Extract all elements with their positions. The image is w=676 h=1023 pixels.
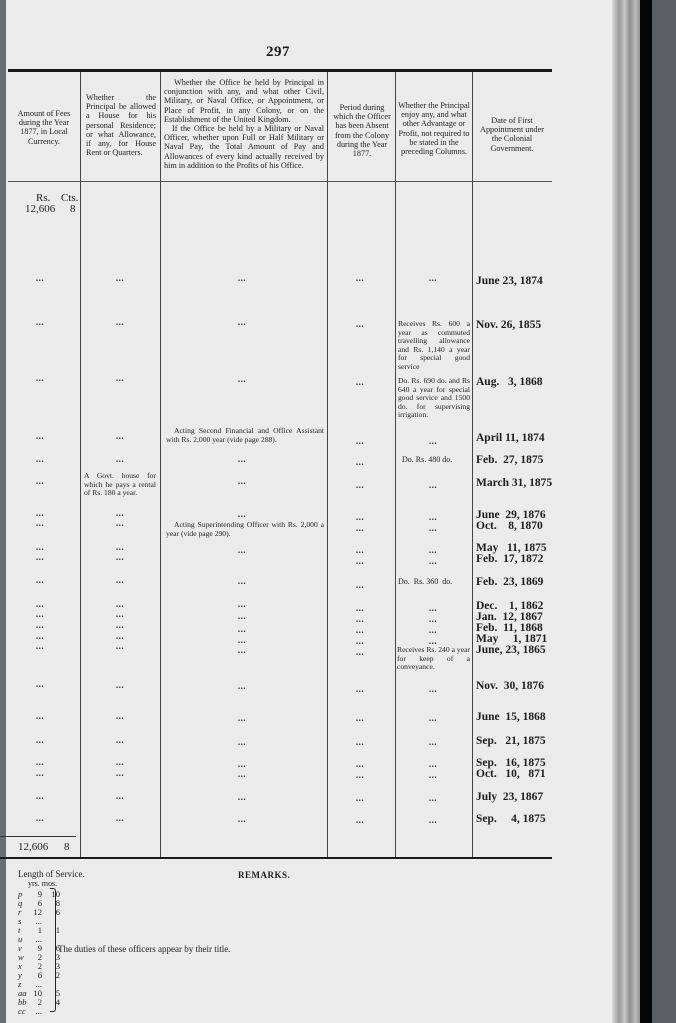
fees-cell: ... <box>36 432 44 441</box>
fees-cell: ... <box>36 374 44 383</box>
fees-total-rs: 12,606 <box>18 841 48 853</box>
office-cell: ... <box>238 738 246 747</box>
header-absent: Period during which the Officer has been… <box>331 103 393 158</box>
appointment-date: July 23, 1867 <box>476 791 543 803</box>
advantage-cell: ... <box>429 626 437 635</box>
office-cell: ... <box>238 318 246 327</box>
advantage-cell: ... <box>429 760 437 769</box>
fees-cell: ... <box>36 318 44 327</box>
appointment-date: April 11, 1874 <box>476 432 545 444</box>
office-cell: ... <box>238 770 246 779</box>
column-divider <box>472 72 473 857</box>
office-cell: ... <box>238 760 246 769</box>
absent-cell: ... <box>356 481 364 490</box>
absent-cell: ... <box>356 557 364 566</box>
length-of-service-subheader: yrs. mos. <box>28 879 57 888</box>
house-cell: ... <box>116 600 124 609</box>
house-cell: ... <box>116 792 124 801</box>
advantage-cell: ... <box>429 794 437 803</box>
appointment-date: Sep. 4, 1875 <box>476 813 546 825</box>
house-cell: ... <box>116 769 124 778</box>
house-cell: ... <box>116 610 124 619</box>
fees-cell: ... <box>36 814 44 823</box>
appointment-date: Aug. 3, 1868 <box>476 376 542 388</box>
office-cell: ... <box>238 636 246 645</box>
house-cell: ... <box>116 374 124 383</box>
house-cell: ... <box>116 519 124 528</box>
house-cell: ... <box>116 576 124 585</box>
fees-cell: ... <box>36 543 44 552</box>
house-cell: ... <box>116 621 124 630</box>
advantage-cell: ... <box>429 513 437 522</box>
absent-cell: ... <box>356 581 364 590</box>
house-note: A Govt. house for which he pays a rental… <box>84 472 156 498</box>
advantage-cell: ... <box>429 524 437 533</box>
column-divider <box>80 72 81 857</box>
house-cell: ... <box>116 543 124 552</box>
viewer-background <box>652 0 676 1023</box>
office-cell: ... <box>238 600 246 609</box>
office-cell: ... <box>238 510 246 519</box>
fees-cell: ... <box>36 736 44 745</box>
office-cell: ... <box>238 577 246 586</box>
house-cell: ... <box>116 736 124 745</box>
absent-cell: ... <box>356 615 364 624</box>
fees-cell: ... <box>36 632 44 641</box>
advantage-cell: ... <box>429 615 437 624</box>
fees-amount-rs: 12,606 <box>25 203 55 215</box>
appointment-date: Feb. 17, 1872 <box>476 553 543 565</box>
house-cell: ... <box>116 681 124 690</box>
house-cell: ... <box>116 712 124 721</box>
office-cell: ... <box>238 612 246 621</box>
fees-cell: ... <box>36 477 44 486</box>
house-cell: ... <box>116 455 124 464</box>
fees-cell: ... <box>36 576 44 585</box>
fees-cell: ... <box>36 274 44 283</box>
fees-cell: ... <box>36 712 44 721</box>
house-cell: ... <box>116 632 124 641</box>
fees-amount-cts: 8 <box>70 203 76 215</box>
column-divider <box>327 72 328 857</box>
house-cell: ... <box>116 318 124 327</box>
office-cell: ... <box>238 682 246 691</box>
absent-cell: ... <box>356 524 364 533</box>
appointment-date: March 31, 1875 <box>476 477 552 489</box>
house-cell: ... <box>116 509 124 518</box>
table-bottom-rule <box>0 857 552 859</box>
advantage-cell: ... <box>429 481 437 490</box>
office-cell: ... <box>238 477 246 486</box>
advantage-cell: ... <box>429 714 437 723</box>
appointment-date: June 15, 1868 <box>476 711 546 723</box>
absent-cell: ... <box>356 458 364 467</box>
absent-cell: ... <box>356 771 364 780</box>
office-note: Acting Superintending Officer with Rs. 2… <box>166 521 324 538</box>
appointment-date: Sep. 21, 1875 <box>476 735 546 747</box>
advantage-cell: ... <box>429 274 437 283</box>
fees-cell: ... <box>36 610 44 619</box>
absent-cell: ... <box>356 604 364 613</box>
absent-cell: ... <box>356 637 364 646</box>
advantage-cell: ... <box>429 816 437 825</box>
advantage-note: Receives Rs. 600 a year as commuted trav… <box>398 320 470 372</box>
length-of-service-title: Length of Service. <box>18 869 85 879</box>
absent-cell: ... <box>356 714 364 723</box>
remarks-text: The duties of these officers appear by t… <box>58 944 231 954</box>
grouping-brace <box>50 888 56 1012</box>
appointment-date: Nov. 26, 1855 <box>476 319 541 331</box>
house-cell: ... <box>116 642 124 651</box>
absent-cell: ... <box>356 760 364 769</box>
advantage-note: Receives Rs. 240 a year for keep of a co… <box>397 646 470 672</box>
table-top-rule <box>8 69 552 72</box>
absent-cell: ... <box>356 794 364 803</box>
fees-cell: ... <box>36 621 44 630</box>
fees-cell: ... <box>36 600 44 609</box>
fees-total-cts: 8 <box>64 841 70 853</box>
column-divider <box>395 72 396 857</box>
absent-cell: ... <box>356 437 364 446</box>
fees-cell: ... <box>36 509 44 518</box>
house-cell: ... <box>116 432 124 441</box>
advantage-note: Do. Rs. 480 do. <box>402 455 452 465</box>
appointment-date: Feb. 23, 1869 <box>476 576 543 588</box>
advantage-cell: ... <box>429 685 437 694</box>
absent-cell: ... <box>356 626 364 635</box>
appointment-date: June 23, 1874 <box>476 275 543 287</box>
header-office-part2: If the Office be held by a Military or N… <box>164 124 324 170</box>
office-cell: ... <box>238 455 246 464</box>
advantage-cell: ... <box>429 546 437 555</box>
advantage-cell: ... <box>429 604 437 613</box>
office-cell: ... <box>238 546 246 555</box>
advantage-cell: ... <box>429 557 437 566</box>
absent-cell: ... <box>356 546 364 555</box>
header-appointment: Date of First Appointment under the Colo… <box>476 116 548 153</box>
house-cell: ... <box>116 274 124 283</box>
fees-cell: ... <box>36 758 44 767</box>
advantage-note: Do. Rs. 690 do. and Rs 640 a year for sp… <box>398 377 470 420</box>
absent-cell: ... <box>356 274 364 283</box>
header-office-part1: Whether the Office be held by Principal … <box>164 78 324 124</box>
office-cell: ... <box>238 625 246 634</box>
absent-cell: ... <box>356 685 364 694</box>
office-cell: ... <box>238 646 246 655</box>
office-cell: ... <box>238 793 246 802</box>
absent-cell: ... <box>356 513 364 522</box>
absent-cell: ... <box>356 738 364 747</box>
remarks-title: REMARKS. <box>238 870 290 880</box>
fees-cell: ... <box>36 769 44 778</box>
advantage-note: Do. Rs. 360 do. <box>398 577 452 587</box>
absent-cell: ... <box>356 320 364 329</box>
office-cell: ... <box>238 375 246 384</box>
fees-cell: ... <box>36 642 44 651</box>
office-cell: ... <box>238 714 246 723</box>
header-house: Whether the Principal be allowed a House… <box>86 93 156 157</box>
appointment-date: Feb. 27, 1875 <box>476 454 543 466</box>
appointment-date: June, 23, 1865 <box>476 644 546 656</box>
fees-cell: ... <box>36 455 44 464</box>
absent-cell: ... <box>356 648 364 657</box>
advantage-cell: ... <box>429 738 437 747</box>
header-fees: Amount of Fees during the Year 1877, in … <box>10 109 78 146</box>
office-cell: ... <box>238 274 246 283</box>
office-cell: ... <box>238 815 246 824</box>
appointment-date: Nov. 30, 1876 <box>476 680 544 692</box>
absent-cell: ... <box>356 816 364 825</box>
house-cell: ... <box>116 553 124 562</box>
fees-cell: ... <box>36 680 44 689</box>
office-note: Acting Second Financial and Office Assis… <box>166 427 324 444</box>
page-number: 297 <box>266 44 290 61</box>
fees-cell: ... <box>36 519 44 528</box>
total-rule <box>0 836 76 837</box>
appointment-date: Oct. 8, 1870 <box>476 520 543 532</box>
advantage-cell: ... <box>429 437 437 446</box>
advantage-cell: ... <box>429 771 437 780</box>
fees-cell: ... <box>36 792 44 801</box>
header-divider <box>8 181 552 182</box>
house-cell: ... <box>116 758 124 767</box>
appointment-date: Oct. 10, 871 <box>476 768 546 780</box>
column-divider <box>160 72 161 857</box>
scan-shadow <box>640 0 652 1023</box>
absent-cell: ... <box>356 378 364 387</box>
house-cell: ... <box>116 814 124 823</box>
header-advantage: Whether the Principal enjoy any, and wha… <box>398 101 470 156</box>
fees-cell: ... <box>36 553 44 562</box>
